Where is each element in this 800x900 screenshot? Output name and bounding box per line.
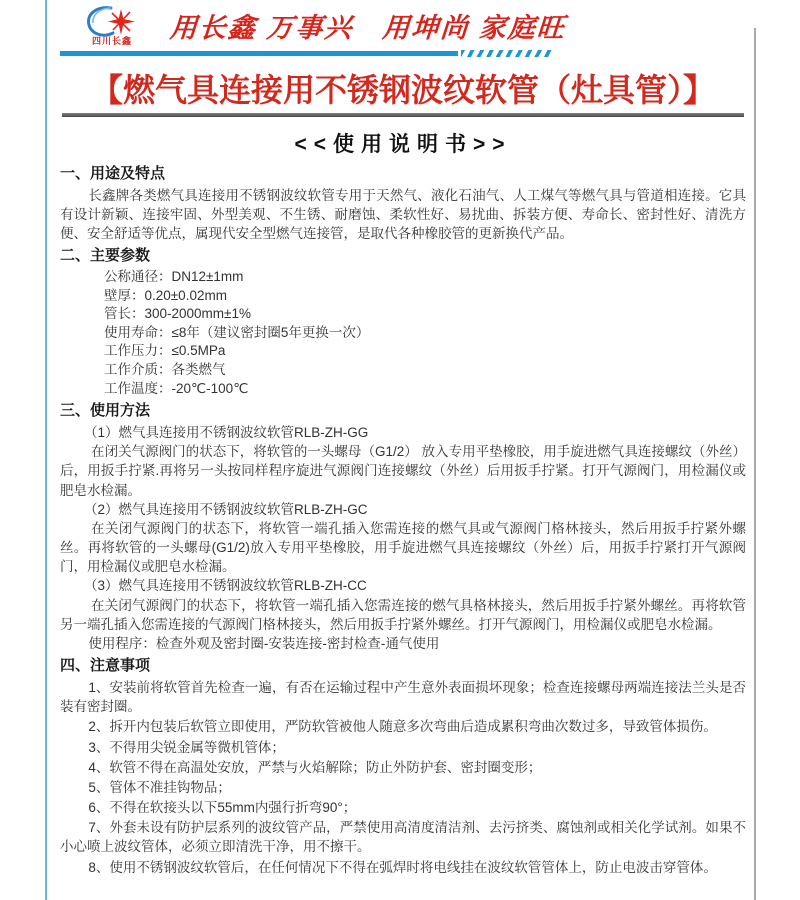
note-item: 5、管体不准挂钩物品；: [60, 778, 746, 797]
section-methods: 三、使用方法 （1）燃气具连接用不锈钢波纹软管RLB-ZH-GG 在闭关气源阀门…: [60, 402, 746, 653]
note-item: 2、拆开内包装后软管立即使用，严防软管被他人随意多次弯曲后造成累积弯曲次数过多，…: [60, 717, 746, 736]
note-item: 1、安装前将软管首先检查一遍，有否在运输过程中产生意外表面损坏现象；检查连接螺母…: [60, 678, 746, 716]
header-divider-hatch: [461, 50, 553, 57]
brand-header: 四川长鑫 用长鑫 万事兴 用坤尚 家庭旺: [60, 0, 746, 46]
page-left-border: [45, 0, 47, 900]
section-heading: 三、使用方法: [60, 402, 746, 421]
method-body: 在关闭气源阀门的状态下，将软管一端孔插入您需连接的燃气具格林接头，然后用扳手拧紧…: [60, 596, 746, 634]
method-label: （3）燃气具连接用不锈钢波纹软管RLB-ZH-CC: [60, 576, 746, 595]
section-heading: 二、主要参数: [60, 247, 746, 266]
param-line: 工作温度：-20℃-100℃: [104, 380, 746, 399]
param-line: 公称通径：DN12±1mm: [104, 268, 746, 287]
method-body: 在闭关气源阀门的状态下，将软管的一头螺母（G1/2） 放入专用平垫橡胶，用手旋进…: [60, 442, 746, 499]
note-item: 3、不得用尖锐金属等微机管体；: [60, 738, 746, 757]
brand-logo: 四川长鑫: [60, 5, 164, 46]
param-line: 工作压力：≤0.5MPa: [104, 342, 746, 361]
parameter-list: 公称通径：DN12±1mm 壁厚：0.20±0.02mm 管长：300-2000…: [60, 268, 746, 398]
page-right-border: [754, 28, 756, 900]
section-usage-features: 一、用途及特点 长鑫牌各类燃气具连接用不锈钢波纹软管专用于天然气、液化石油气、人…: [60, 165, 746, 243]
product-title: 【燃气具连接用不锈钢波纹软管（灶具管）】: [60, 70, 746, 110]
header-divider-line: [60, 51, 458, 56]
param-line: 管长：300-2000mm±1%: [104, 305, 746, 324]
method-body: 在关闭气源阀门的状态下，将软管一端孔插入您需连接的燃气具或气源阀门格林接头，然后…: [60, 519, 746, 576]
section-parameters: 二、主要参数 公称通径：DN12±1mm 壁厚：0.20±0.02mm 管长：3…: [60, 247, 746, 398]
param-line: 工作介质：各类燃气: [104, 361, 746, 380]
brand-slogan: 用长鑫 万事兴 用坤尚 家庭旺: [163, 6, 568, 46]
title-underline: [62, 113, 744, 117]
page-content: 四川长鑫 用长鑫 万事兴 用坤尚 家庭旺 【燃气具连接用不锈钢波纹软管（灶具管）…: [0, 0, 800, 877]
section-heading: 四、注意事项: [60, 657, 746, 676]
method-label: （2）燃气具连接用不锈钢波纹软管RLB-ZH-GC: [60, 500, 746, 519]
note-item: 7、外套未设有防护层系列的波纹管产品，严禁使用高清度清洁剂、去污挤类、腐蚀剂或相…: [60, 818, 746, 856]
note-item: 6、不得在软接头以下55mm内强行折弯90°；: [60, 798, 746, 817]
section-heading: 一、用途及特点: [60, 165, 746, 184]
usage-procedure: 使用程序：检查外观及密封圈-安装连接-密封检查-通气使用: [60, 634, 746, 654]
manual-subtitle: <<使用说明书>>: [60, 128, 746, 158]
section-notes: 四、注意事项 1、安装前将软管首先检查一遍，有否在运输过程中产生意外表面损坏现象…: [60, 657, 746, 876]
note-item: 8、使用不锈钢波纹软管后，在任何情况下不得在弧焊时将电线挂在波纹软管管体上，防止…: [60, 858, 746, 877]
instruction-sheet: 四川长鑫 用长鑫 万事兴 用坤尚 家庭旺 【燃气具连接用不锈钢波纹软管（灶具管）…: [0, 0, 800, 900]
brand-logo-text: 四川长鑫: [60, 37, 164, 46]
param-line: 壁厚：0.20±0.02mm: [104, 287, 746, 306]
brand-logo-icon: [81, 5, 143, 39]
param-line: 使用寿命：≤8年（建议密封圈5年更换一次）: [104, 324, 746, 343]
header-divider: [60, 49, 746, 57]
note-item: 4、软管不得在高温处安放，严禁与火焰解除；防止外防护套、密封圈变形；: [60, 758, 746, 777]
method-label: （1）燃气具连接用不锈钢波纹软管RLB-ZH-GG: [60, 423, 746, 442]
usage-features-paragraph: 长鑫牌各类燃气具连接用不锈钢波纹软管专用于天然气、液化石油气、人工煤气等燃气具与…: [60, 186, 746, 243]
